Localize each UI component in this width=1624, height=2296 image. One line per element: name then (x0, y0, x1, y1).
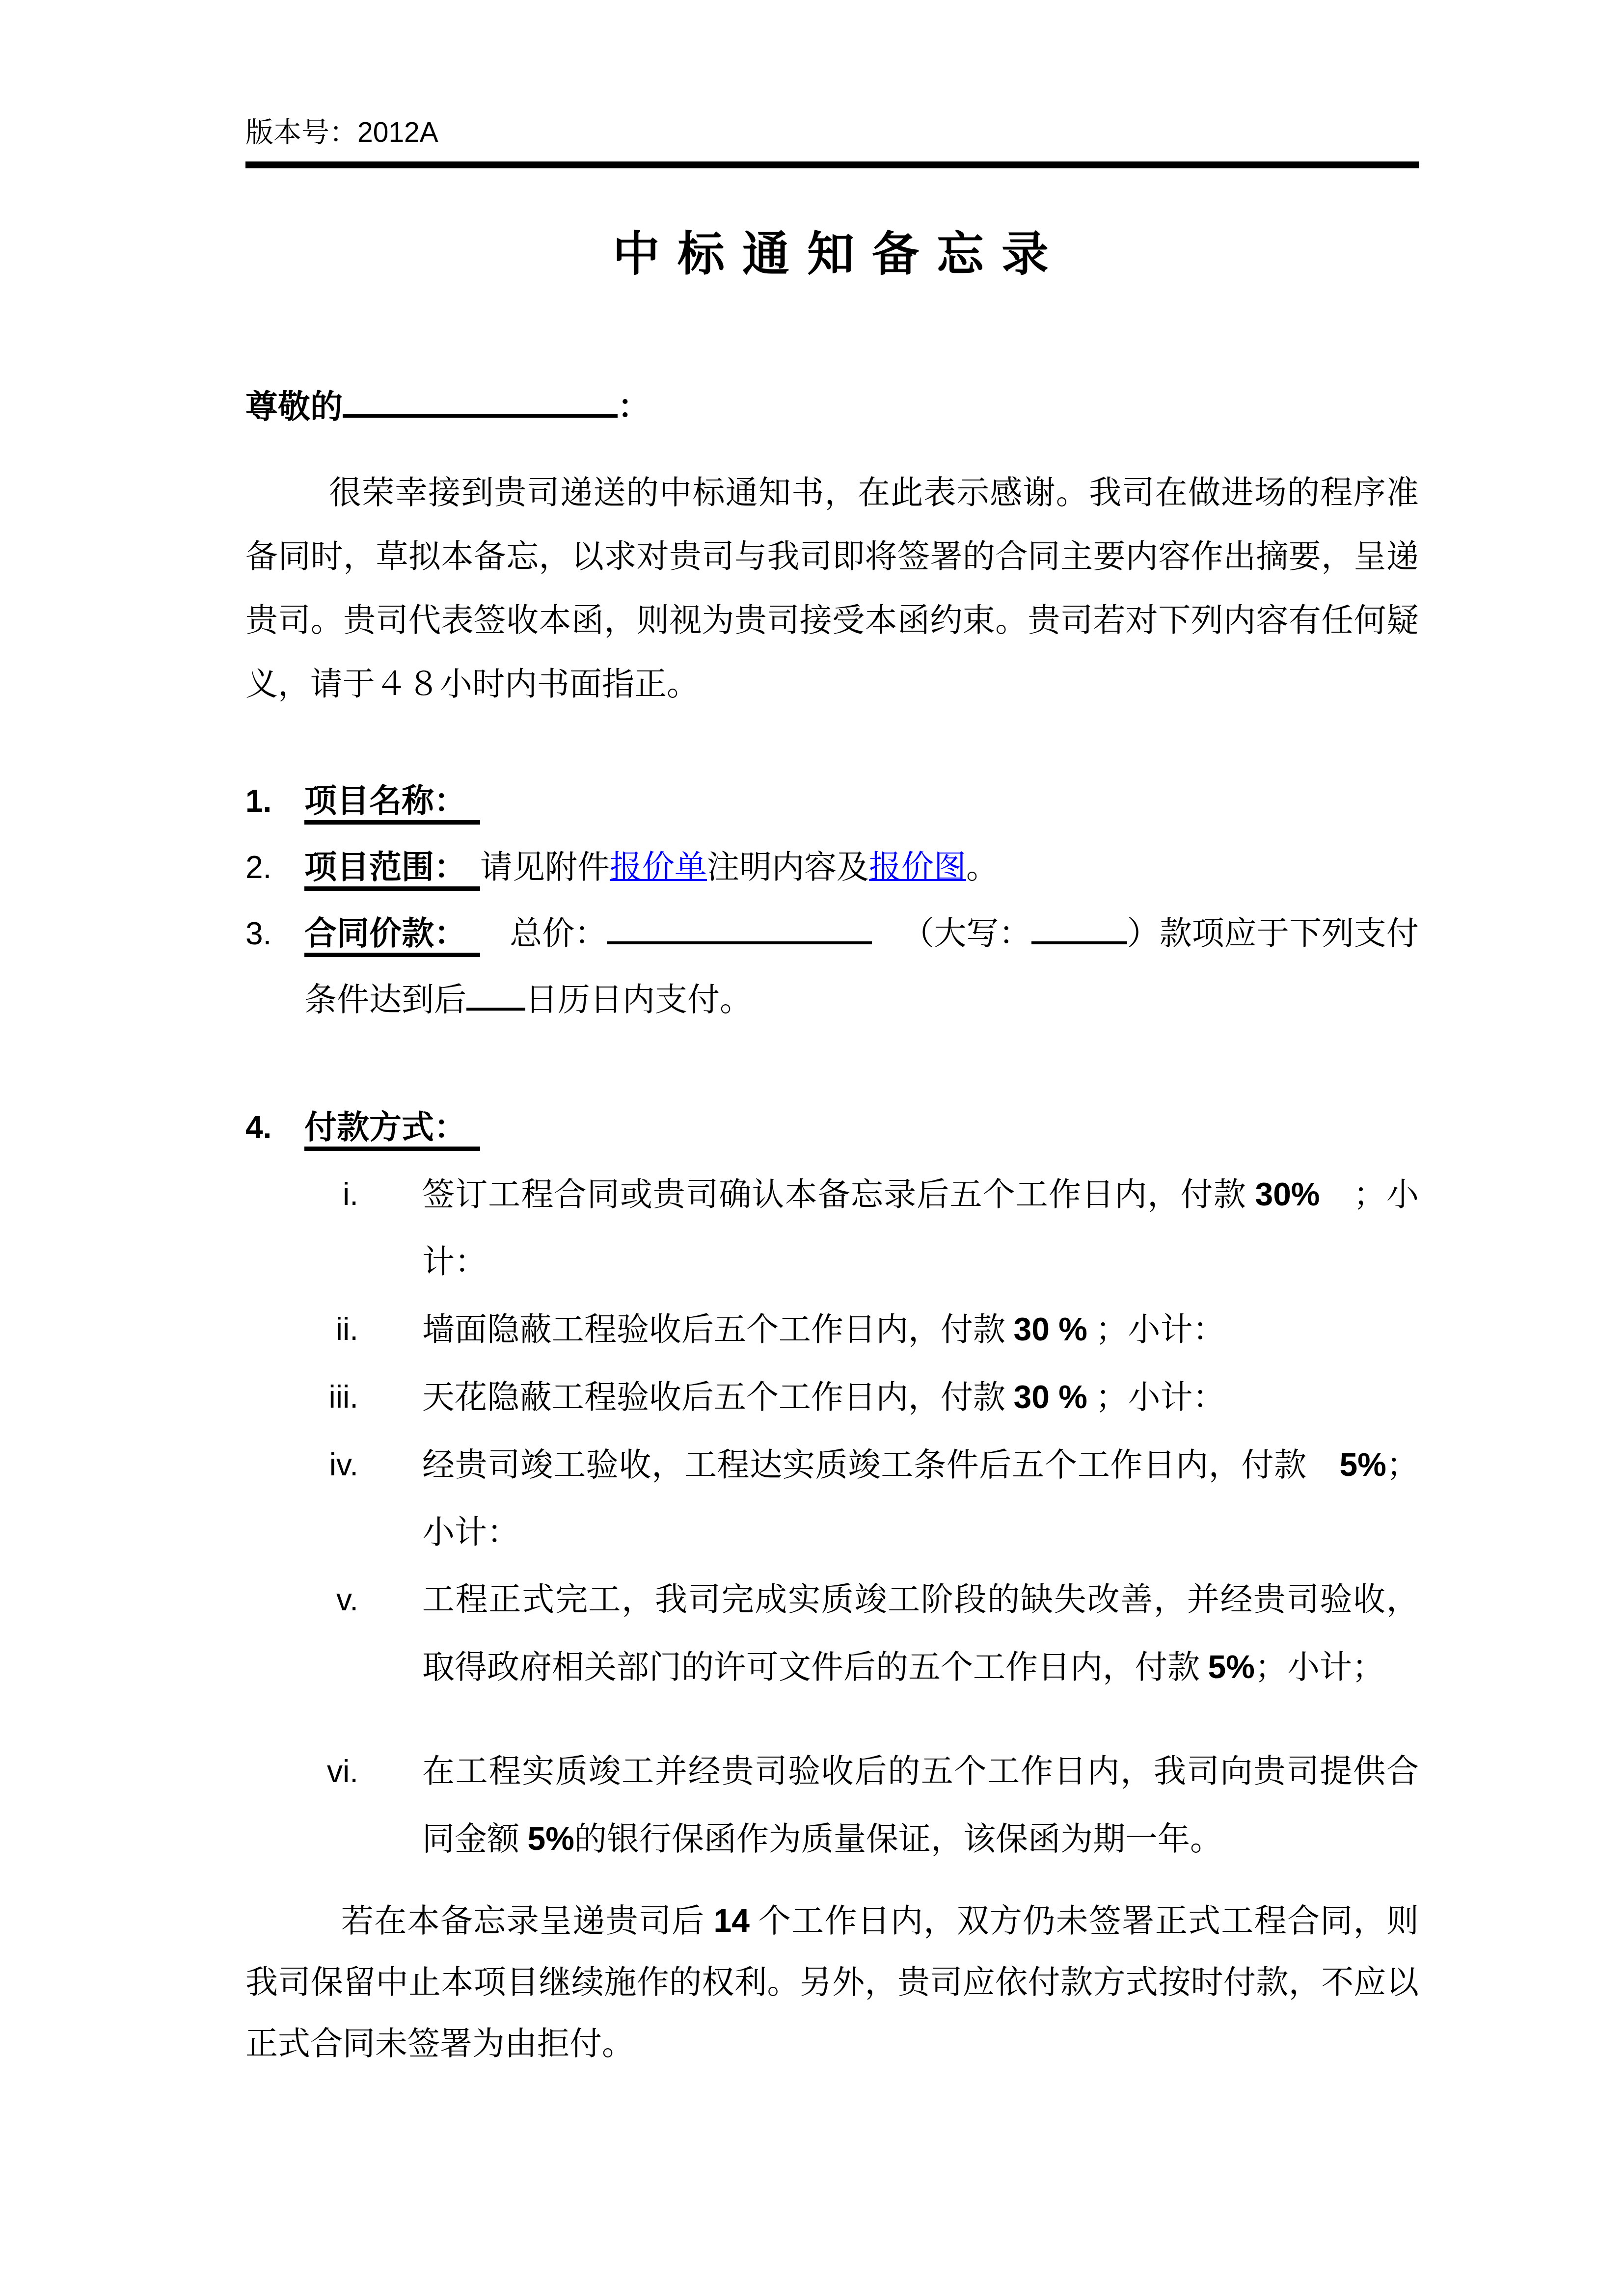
payment-subtotal: ；小计； (1255, 1650, 1384, 1685)
payment-text: 在工程实质竣工并经贵司验收后的五个工作日内，我司向贵司提供合同金额 5%的银行保… (422, 1738, 1419, 1873)
header-rule (245, 161, 1419, 168)
payment-item-3: iii. 天花隐蔽工程验收后五个工作日内，付款 30 % ；小计： (245, 1363, 1419, 1431)
document-page: 版本号：2012A 中 标 通 知 备 忘 录 尊敬的： 很荣幸接到贵司递送的中… (0, 0, 1624, 2296)
payment-clause: 经贵司竣工验收，工程达实质竣工条件后五个工作日内，付款 (422, 1447, 1340, 1483)
intro-paragraph: 很荣幸接到贵司递送的中标通知书，在此表示感谢。我司在做进场的程序准备同时，草拟本… (245, 461, 1419, 717)
scope-text: 注明内容及 (707, 850, 869, 885)
payment-subtotal: ；小计： (1087, 1380, 1225, 1415)
spacer (358, 1296, 422, 1363)
item-number: 2. (245, 834, 304, 901)
contract-price-label: 合同价款： (304, 916, 480, 957)
payment-item-4: iv. 经贵司竣工验收，工程达实质竣工条件后五个工作日内，付款 5%；小计： (245, 1431, 1419, 1566)
quotation-sheet-link[interactable]: 报价单 (610, 850, 707, 885)
payment-subtotal: ；小计： (1087, 1312, 1225, 1348)
roman-numeral: ii. (245, 1296, 358, 1363)
item-text: 付款方式： (304, 1095, 1419, 1161)
payment-percentage: 30 % (1014, 1379, 1087, 1415)
version-code: 2012A (357, 117, 438, 148)
payment-percentage: 5% (528, 1820, 574, 1857)
spacer (358, 1363, 422, 1431)
salutation-line: 尊敬的： (245, 379, 1419, 434)
spacer (358, 1161, 422, 1296)
page-title: 中 标 通 知 备 忘 录 (245, 222, 1419, 286)
closing-paragraph: 若在本备忘录呈递贵司后 14 个工作日内，双方仍未签署正式工程合同，则我司保留中… (245, 1890, 1419, 2075)
payment-percentage: 5% (1340, 1446, 1386, 1483)
numbered-list: 1. 项目名称： 2. 项目范围：请见附件报价单注明内容及报价图。 3. 合同价… (245, 768, 1419, 1873)
working-days-count: 14 (713, 1902, 749, 1939)
salutation-colon: ： (618, 389, 650, 425)
list-item-project-scope: 2. 项目范围：请见附件报价单注明内容及报价图。 (245, 834, 1419, 901)
version-line: 版本号：2012A (245, 113, 1419, 153)
project-name-label: 项目名称： (304, 783, 480, 825)
roman-numeral: iv. (245, 1431, 358, 1566)
list-item-payment-method: 4. 付款方式： (245, 1095, 1419, 1161)
payment-percentage: 30% (1255, 1176, 1320, 1212)
total-price-label: 总价： (510, 916, 607, 952)
payment-clause: 签订工程合同或贵司确认本备忘录后五个工作日内，付款 (422, 1177, 1255, 1213)
list-item-contract-price: 3. 合同价款：总价：（大写：）款项应于下列支付条件达到后日历日内支付。 (245, 901, 1419, 1033)
payment-percentage: 30 % (1014, 1311, 1087, 1347)
roman-numeral: vi. (245, 1738, 358, 1873)
item-number: 4. (245, 1095, 304, 1161)
total-price-blank-field (607, 907, 872, 944)
spacer (358, 1566, 422, 1701)
payment-text: 墙面隐蔽工程验收后五个工作日内，付款 30 % ；小计： (422, 1296, 1419, 1363)
list-item-project-name: 1. 项目名称： (245, 768, 1419, 834)
item-number: 1. (245, 768, 304, 834)
roman-numeral: iii. (245, 1363, 358, 1431)
payment-item-2: ii. 墙面隐蔽工程验收后五个工作日内，付款 30 % ；小计： (245, 1296, 1419, 1363)
spacer (358, 1431, 422, 1566)
item-text: 项目范围：请见附件报价单注明内容及报价图。 (304, 834, 1419, 901)
item-text: 合同价款：总价：（大写：）款项应于下列支付条件达到后日历日内支付。 (304, 901, 1419, 1033)
recipient-blank-field (343, 379, 618, 418)
payment-clause: 墙面隐蔽工程验收后五个工作日内，付款 (422, 1312, 1014, 1348)
item-number: 3. (245, 901, 304, 1033)
payment-item-6: vi. 在工程实质竣工并经贵司验收后的五个工作日内，我司向贵司提供合同金额 5%… (245, 1738, 1419, 1873)
payment-guarantee: 的银行保函作为质量保证，该保函为期一年。 (574, 1821, 1222, 1857)
payment-method-label: 付款方式： (304, 1110, 480, 1151)
amount-in-words-blank-field (1031, 907, 1127, 944)
payment-clause: 天花隐蔽工程验收后五个工作日内，付款 (422, 1380, 1014, 1415)
payment-percentage: 5% (1208, 1649, 1255, 1685)
payment-item-1: i. 签订工程合同或贵司确认本备忘录后五个工作日内，付款 30% ；小计： (245, 1161, 1419, 1296)
salutation-prefix: 尊敬的 (245, 389, 343, 425)
days-blank-field (466, 973, 525, 1011)
payment-text: 工程正式完工，我司完成实质竣工阶段的缺失改善，并经贵司验收，取得政府相关部门的许… (422, 1566, 1419, 1701)
payment-item-5: v. 工程正式完工，我司完成实质竣工阶段的缺失改善，并经贵司验收，取得政府相关部… (245, 1566, 1419, 1701)
payment-text: 经贵司竣工验收，工程达实质竣工条件后五个工作日内，付款 5%；小计： (422, 1431, 1419, 1566)
closing-text: 若在本备忘录呈递贵司后 (341, 1903, 713, 1939)
roman-numeral: i. (245, 1161, 358, 1296)
payment-text: 天花隐蔽工程验收后五个工作日内，付款 30 % ；小计： (422, 1363, 1419, 1431)
spacer (358, 1738, 422, 1873)
roman-numeral: v. (245, 1566, 358, 1701)
quotation-drawing-link[interactable]: 报价图 (869, 850, 966, 885)
item-text: 项目名称： (304, 768, 1419, 834)
scope-text: 请见附件 (480, 850, 610, 885)
payment-terms-tail: 日历日内支付。 (525, 982, 752, 1018)
amount-in-words-open: （大写： (901, 916, 1031, 952)
payment-schedule-list: i. 签订工程合同或贵司确认本备忘录后五个工作日内，付款 30% ；小计： ii… (245, 1161, 1419, 1873)
project-scope-label: 项目范围： (304, 850, 480, 891)
payment-text: 签订工程合同或贵司确认本备忘录后五个工作日内，付款 30% ；小计： (422, 1161, 1419, 1296)
version-label: 版本号： (245, 117, 357, 148)
scope-text: 。 (966, 850, 999, 885)
